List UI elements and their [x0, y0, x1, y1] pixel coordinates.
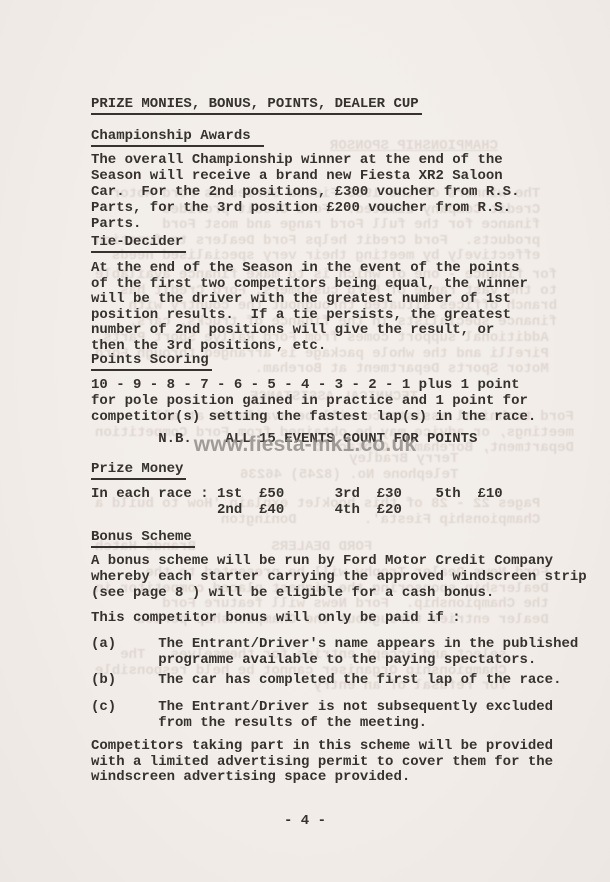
prize-money-table: In each race : 1st £50 3rd £30 5th £10 2… [91, 486, 503, 518]
paragraph-bonus-scheme: A bonus scheme will be run by Ford Motor… [91, 553, 587, 601]
list-item-a: (a) The Entrant/Driver's name appears in… [91, 636, 578, 668]
paragraph-bonus-conditions-intro: This competitor bonus will only be paid … [91, 610, 461, 626]
section-heading-bonus-scheme: Bonus Scheme [91, 529, 195, 548]
section-heading-championship-awards: Championship Awards [91, 128, 264, 147]
paragraph-advertising-permit: Competitors taking part in this scheme w… [91, 739, 553, 786]
paragraph-points-scoring: 10 - 9 - 8 - 7 - 6 - 5 - 4 - 3 - 2 - 1 p… [91, 377, 536, 425]
section-heading-tie-decider: Tie-Decider [91, 234, 186, 253]
scanned-document-page: CHAMPIONSHIP SPONSOR The winners of the … [0, 0, 610, 882]
section-heading-prize-money: Prize Money [91, 461, 186, 480]
watermark: www.fiesta-mk1.co.uk [0, 433, 610, 457]
page-number: - 4 - [0, 813, 610, 829]
paragraph-championship-awards: The overall Championship winner at the e… [91, 152, 519, 232]
document-title: PRIZE MONIES, BONUS, POINTS, DEALER CUP [91, 96, 422, 115]
section-heading-points-scoring: Points Scoring [91, 352, 212, 371]
list-item-c: (c) The Entrant/Driver is not subsequent… [91, 699, 553, 731]
list-item-b: (b) The car has completed the first lap … [91, 672, 561, 688]
paragraph-tie-decider: At the end of the Season in the event of… [91, 261, 528, 354]
